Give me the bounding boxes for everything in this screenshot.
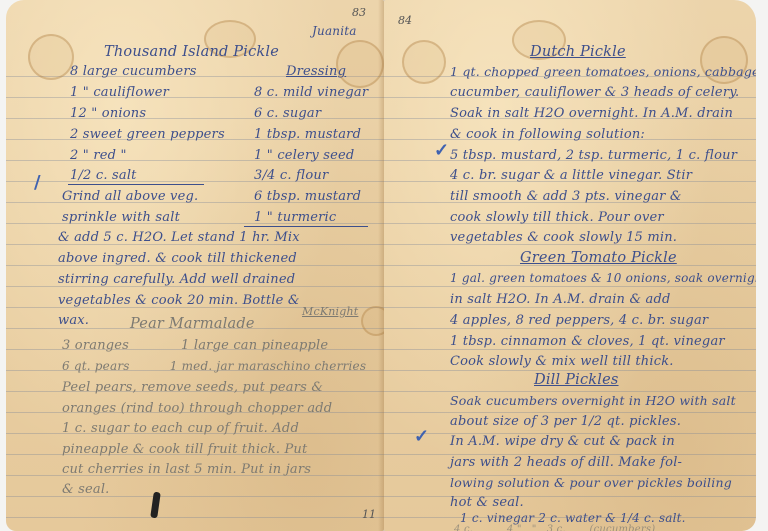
attribution: Juanita: [312, 24, 357, 38]
recipe-title-green-tomato-pickle: Green Tomato Pickle: [520, 250, 677, 266]
direction-line: wax.: [58, 313, 89, 328]
recipe-line: vegetables & cook slowly 15 min.: [450, 230, 677, 245]
page-number-left: 83: [352, 6, 366, 19]
dressing-item: 1 tbsp. mustard: [254, 127, 361, 142]
direction-line: Grind all above veg.: [62, 189, 198, 204]
ink-blot: [150, 492, 161, 519]
direction-line: sprinkle with salt: [62, 210, 180, 225]
faint-note: 4 c. 4 " " 3 c. (cucumbers): [454, 524, 655, 531]
direction-line: vegetables & cook 20 min. Bottle &: [58, 293, 300, 308]
ingredient: 1 " cauliflower: [70, 85, 169, 100]
water-stain: [402, 40, 446, 84]
recipe-line: 1 gal. green tomatoes & 10 onions, soak …: [450, 271, 756, 285]
left-page: 83 Juanita Thousand Island Pickle 8 larg…: [6, 0, 384, 531]
recipe-line: Peel pears, remove seeds, put pears &: [62, 380, 323, 395]
recipe-title-pear-marmalade: Pear Marmalade: [130, 316, 255, 332]
dressing-item: 3/4 c. flour: [254, 168, 328, 183]
dressing-title: Dressing: [286, 64, 346, 79]
ingredient: 2 sweet green peppers: [70, 127, 225, 142]
ingredient: 12 " onions: [70, 106, 146, 121]
dressing-item: 1 " turmeric: [254, 210, 336, 225]
recipe-line: 1 tbsp. cinnamon & cloves, 1 qt. vinegar: [450, 334, 725, 349]
recipe-line: 3 oranges 1 large can pineapple: [62, 338, 328, 353]
recipe-line: 6 qt. pears 1 med. jar maraschino cherri…: [62, 359, 366, 373]
recipe-line: hot & seal.: [450, 495, 524, 510]
recipe-line: in salt H2O. In A.M. drain & add: [450, 292, 671, 307]
underline: [68, 184, 204, 185]
recipe-title-thousand-island: Thousand Island Pickle: [104, 44, 279, 60]
recipe-title-dutch-pickle: Dutch Pickle: [530, 44, 626, 60]
dressing-item: 6 c. sugar: [254, 106, 321, 121]
page-number-right: 84: [398, 14, 412, 27]
recipe-line: 4 apples, 8 red peppers, 4 c. br. sugar: [450, 313, 708, 328]
ingredient: 1/2 c. salt: [70, 168, 137, 183]
recipe-line: about size of 3 per 1/2 qt. pickles.: [450, 414, 681, 429]
checkmark-icon: /: [34, 172, 41, 193]
right-page: 84 Dutch Pickle 1 qt. chopped green toma…: [384, 0, 756, 531]
recipe-line: 5 tbsp. mustard, 2 tsp. turmeric, 1 c. f…: [450, 148, 737, 163]
checkmark-icon: ✓: [414, 426, 429, 447]
recipe-line: & seal.: [62, 482, 110, 497]
recipe-line: Soak in salt H2O overnight. In A.M. drai…: [450, 106, 733, 121]
bottom-mark: 11: [362, 508, 376, 521]
recipe-line: till smooth & add 3 pts. vinegar &: [450, 189, 682, 204]
water-stain: [28, 34, 74, 80]
direction-line: stirring carefully. Add well drained: [58, 272, 295, 287]
recipe-line: cut cherries in last 5 min. Put in jars: [62, 462, 311, 477]
recipe-line: 4 c. br. sugar & a little vinegar. Stir: [450, 168, 692, 183]
dressing-item: 1 " celery seed: [254, 148, 354, 163]
checkmark-icon: ✓: [434, 140, 449, 161]
dressing-item: 6 tbsp. mustard: [254, 189, 361, 204]
direction-line: above ingred. & cook till thickened: [58, 251, 297, 266]
ingredient: 8 large cucumbers: [70, 64, 197, 79]
recipe-line: 1 c. sugar to each cup of fruit. Add: [62, 421, 299, 436]
recipe-line: cook slowly till thick. Pour over: [450, 210, 664, 225]
recipe-line: In A.M. wipe dry & cut & pack in: [450, 434, 675, 449]
underline: [244, 226, 368, 227]
recipe-line: pineapple & cook till fruit thick. Put: [62, 442, 307, 457]
recipe-line: & cook in following solution:: [450, 127, 645, 142]
recipe-line: jars with 2 heads of dill. Make fol-: [450, 455, 682, 470]
recipe-line: Cook slowly & mix well till thick.: [450, 354, 674, 369]
recipe-line: 1 qt. chopped green tomatoes, onions, ca…: [450, 64, 756, 79]
dressing-item: 8 c. mild vinegar: [254, 85, 368, 100]
side-note: McKnight: [302, 305, 358, 318]
recipe-line: Soak cucumbers overnight in H2O with sal…: [450, 393, 736, 408]
recipe-line: 1 c. vinegar 2 c. water & 1/4 c. salt.: [460, 511, 686, 525]
recipe-line: cucumber, cauliflower & 3 heads of celer…: [450, 85, 739, 100]
recipe-line: oranges (rind too) through chopper add: [62, 401, 332, 416]
recipe-title-dill-pickles: Dill Pickles: [534, 372, 619, 388]
notebook-spread: 83 Juanita Thousand Island Pickle 8 larg…: [0, 0, 768, 531]
direction-line: & add 5 c. H2O. Let stand 1 hr. Mix: [58, 230, 300, 245]
recipe-line: lowing solution & pour over pickles boil…: [450, 475, 732, 490]
ingredient: 2 " red ": [70, 148, 127, 163]
